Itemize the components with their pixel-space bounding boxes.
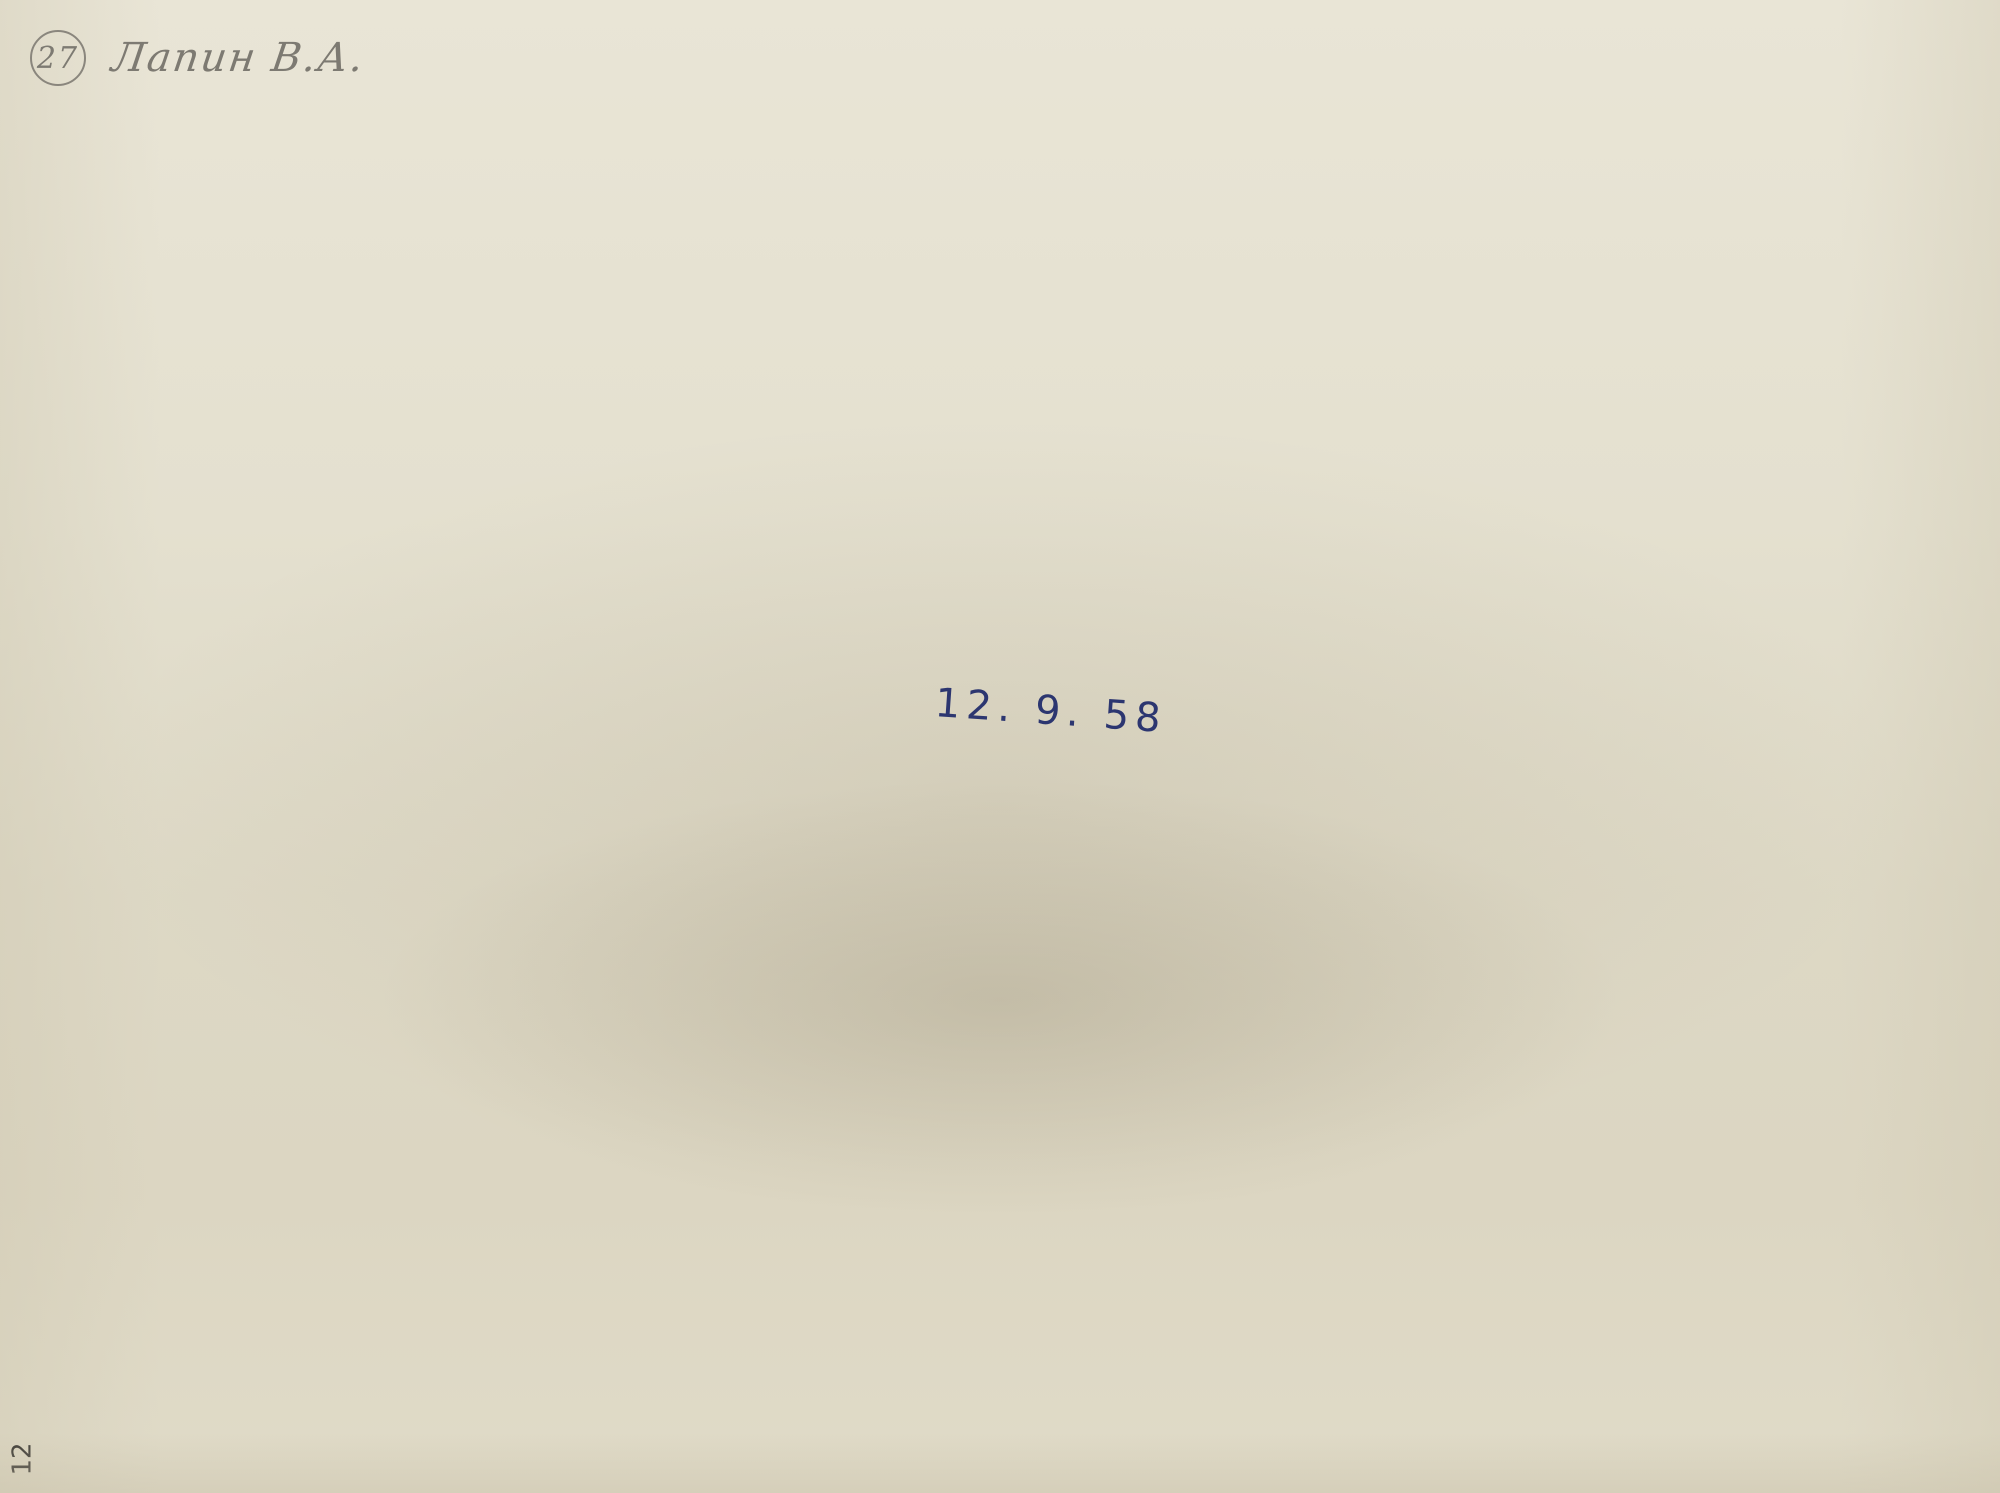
- pencil-annotation: 27 Лапин В.А.: [30, 30, 365, 86]
- circled-number: 27: [30, 30, 86, 86]
- corner-number: 12: [8, 1442, 38, 1475]
- paper-sheet: 27 Лапин В.А. 12. 9. 58 12: [0, 0, 2000, 1493]
- handwritten-name: Лапин В.А.: [109, 35, 368, 81]
- handwritten-date: 12. 9. 58: [933, 680, 1168, 742]
